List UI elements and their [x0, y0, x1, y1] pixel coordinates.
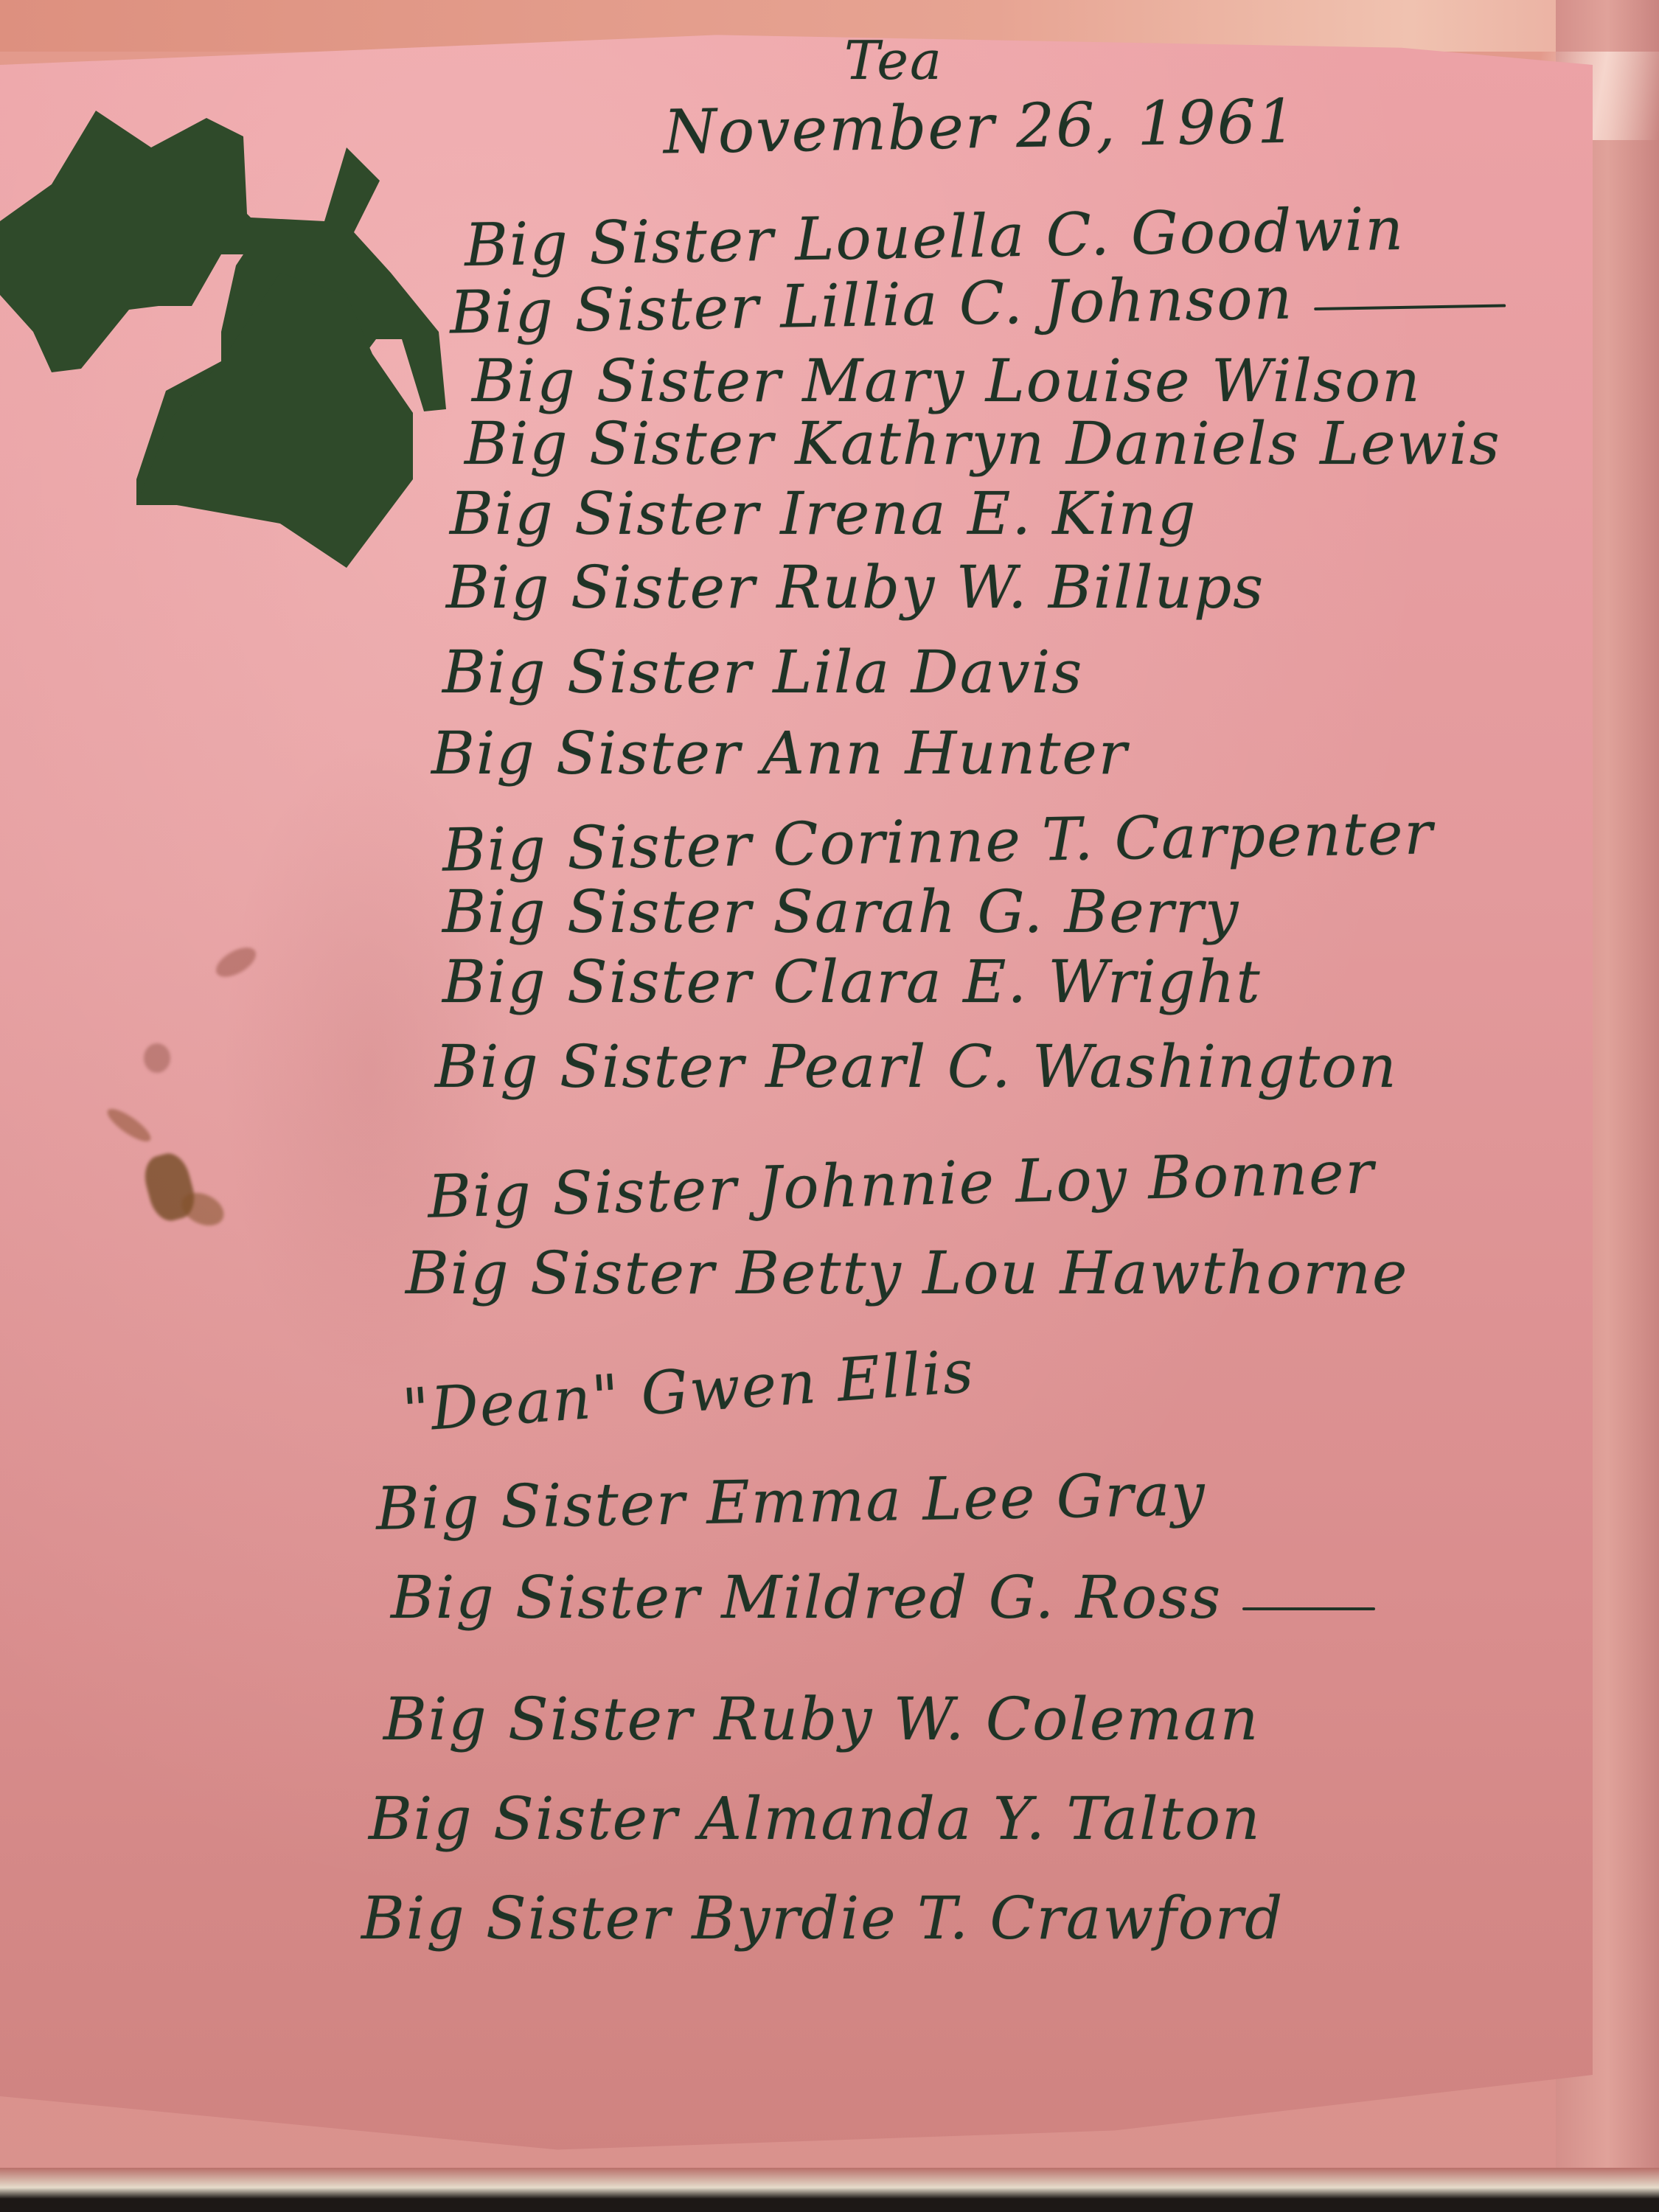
signature-entry: Big Sister Ruby W. Coleman — [383, 1685, 1259, 1753]
signature-entry: Big Sister Ruby W. Billups — [446, 553, 1265, 622]
entry-prefix: Big Sister — [464, 206, 775, 279]
book-page-edge — [0, 2168, 1659, 2212]
entry-prefix: Big Sister — [449, 273, 760, 347]
document-title: Tea — [844, 29, 943, 91]
pen-trail — [1314, 305, 1506, 311]
entry-name: Clara E. Wright — [773, 947, 1261, 1016]
signature-entry: Big Sister Byrdie T. Crawford — [361, 1884, 1284, 1952]
entry-prefix: Big Sister — [369, 1784, 678, 1853]
entry-name: Almanda Y. Talton — [699, 1784, 1261, 1853]
entry-name: Byrdie T. Crawford — [692, 1884, 1284, 1952]
entry-prefix: Big Sister — [406, 1239, 715, 1307]
entry-name: Ruby W. Billups — [776, 553, 1265, 622]
entry-prefix: Big Sister — [435, 1032, 745, 1101]
entry-name: Mildred G. Ross — [721, 1563, 1222, 1632]
entry-prefix: Big Sister — [391, 1563, 700, 1632]
entry-name: Louella C. Goodwin — [794, 195, 1405, 274]
entry-prefix: Big Sister — [442, 877, 752, 946]
signature-entry: Big Sister Lila Davis — [442, 638, 1083, 706]
entry-name: Mary Louise Wilson — [802, 347, 1421, 415]
pen-trail — [1242, 1607, 1375, 1610]
entry-name: Lillia C. Johnson — [779, 264, 1293, 341]
entry-name: Corinne T. Carpenter — [772, 799, 1434, 879]
entry-prefix: Big Sister — [431, 719, 741, 787]
entry-prefix: Big Sister — [442, 947, 752, 1016]
entry-name: Ruby W. Coleman — [714, 1685, 1259, 1753]
signature-entry: Big Sister Ann Hunter — [431, 719, 1128, 787]
document-photo: Tea November 26, 1961 Big Sister Louella… — [0, 0, 1659, 2212]
signature-entry: Big Sister Betty Lou Hawthorne — [406, 1239, 1408, 1307]
stain-mark — [144, 1043, 170, 1073]
entry-prefix: Big Sister — [427, 1155, 738, 1231]
signature-entry: Big Sister Emma Lee Gray — [375, 1460, 1206, 1543]
signature-entry: Big Sister Almanda Y. Talton — [369, 1784, 1262, 1853]
ivy-leaf-icon — [0, 96, 457, 582]
signature-entry: Big Sister Clara E. Wright — [442, 947, 1262, 1016]
entry-prefix: Big Sister — [442, 638, 752, 706]
entry-prefix: Big Sister — [361, 1884, 671, 1952]
entry-name: Lila Davis — [773, 638, 1083, 706]
entry-name: Kathryn Daniels Lewis — [795, 409, 1500, 478]
entry-prefix: Big Sister — [472, 347, 782, 415]
signature-entry: Big Sister Pearl C. Washington — [435, 1032, 1398, 1101]
entry-name: Betty Lou Hawthorne — [736, 1239, 1408, 1307]
entry-prefix: Big Sister — [375, 1469, 686, 1543]
entry-name: Pearl C. Washington — [765, 1032, 1397, 1101]
entry-name: Ann Hunter — [762, 719, 1128, 787]
signature-entry: Big Sister Sarah G. Berry — [442, 877, 1239, 946]
entry-prefix: Big Sister — [383, 1685, 693, 1753]
signature-entry: Big Sister Kathryn Daniels Lewis — [465, 409, 1501, 478]
entry-name: Sarah G. Berry — [773, 877, 1239, 946]
document-date: November 26, 1961 — [663, 87, 1298, 168]
entry-name: Emma Lee Gray — [706, 1460, 1206, 1537]
entry-prefix: Big Sister — [450, 479, 759, 548]
entry-prefix: Big Sister — [465, 409, 774, 478]
entry-name: Irena E. King — [780, 479, 1197, 548]
signature-entry: Big Sister Mildred G. Ross — [391, 1563, 1375, 1632]
signature-entry: Big Sister Irena E. King — [450, 479, 1197, 548]
entry-prefix: Big Sister — [446, 553, 756, 622]
entry-prefix: Big Sister — [442, 810, 753, 884]
signature-entry: Big Sister Mary Louise Wilson — [472, 347, 1422, 415]
